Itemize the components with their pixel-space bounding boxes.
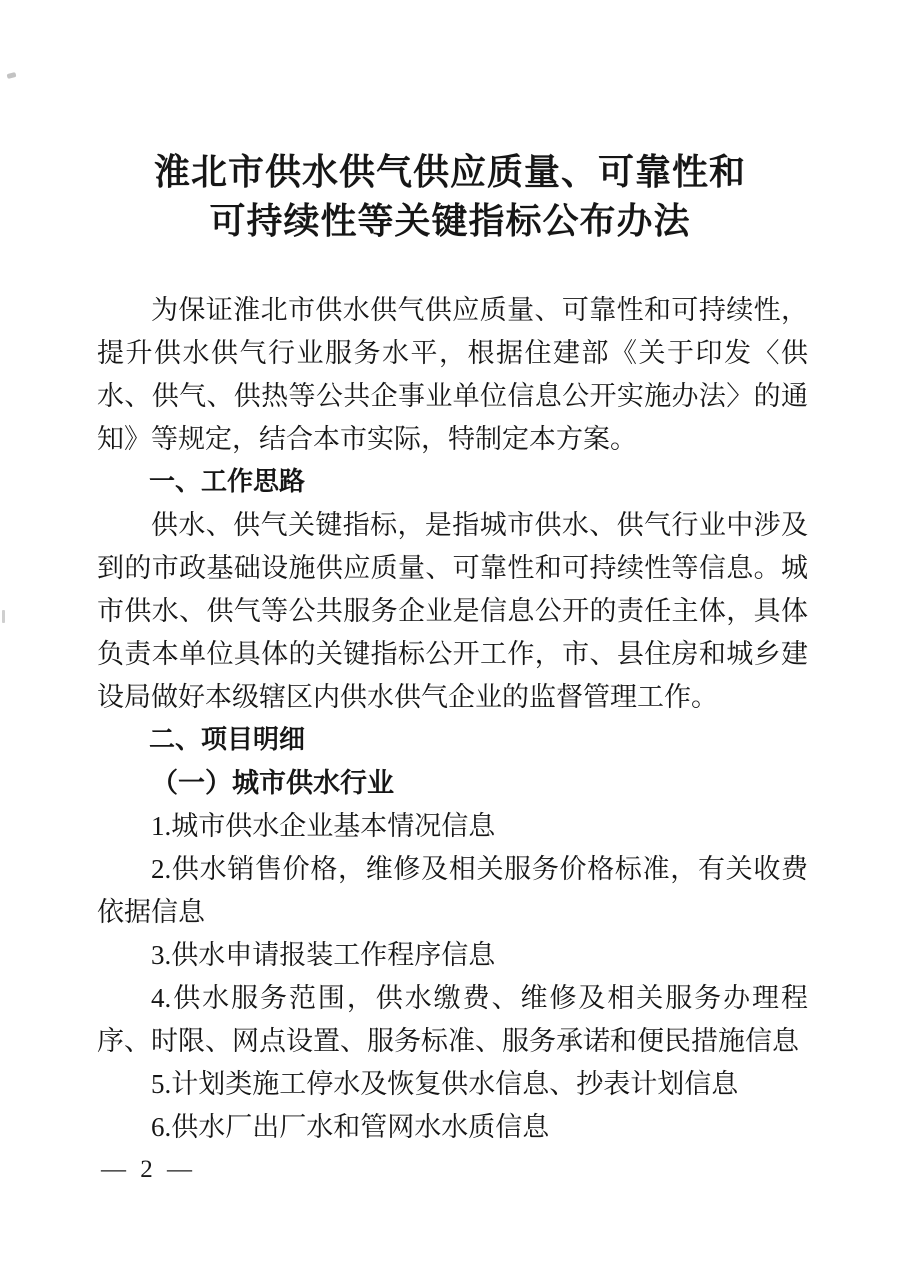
document-title-line-1: 淮北市供水供气供应质量、可靠性和 [0,148,900,197]
subsection-1-heading: （一）城市供水行业 [97,762,808,805]
list-item: 5.计划类施工停水及恢复供水信息、抄表计划信息 [97,1063,808,1106]
document-body: 为保证淮北市供水供气供应质量、可靠性和可持续性，提升供水供气行业服务水平，根据住… [97,289,808,1149]
list-item: 3.供水申请报装工作程序信息 [97,934,808,977]
page-number: — 2 — [101,1155,196,1185]
list-item: 4.供水服务范围，供水缴费、维修及相关服务办理程序、时限、网点设置、服务标准、服… [97,977,808,1063]
list-item: 2.供水销售价格，维修及相关服务价格标准，有关收费依据信息 [97,848,808,934]
list-item: 1.城市供水企业基本情况信息 [97,805,808,848]
list-item: 6.供水厂出厂水和管网水水质信息 [97,1106,808,1149]
scan-artifact-speck [7,72,17,79]
document-title-line-2: 可持续性等关键指标公布办法 [0,197,900,246]
intro-paragraph: 为保证淮北市供水供气供应质量、可靠性和可持续性，提升供水供气行业服务水平，根据住… [97,289,808,461]
scan-artifact-mark [2,610,5,623]
document-page: 淮北市供水供气供应质量、可靠性和 可持续性等关键指标公布办法 为保证淮北市供水供… [0,0,900,1284]
section-1-paragraph: 供水、供气关键指标，是指城市供水、供气行业中涉及到的市政基础设施供应质量、可靠性… [97,504,808,719]
section-2-heading: 二、项目明细 [97,719,808,762]
section-1-heading: 一、工作思路 [97,461,808,504]
document-title: 淮北市供水供气供应质量、可靠性和 可持续性等关键指标公布办法 [0,148,900,246]
